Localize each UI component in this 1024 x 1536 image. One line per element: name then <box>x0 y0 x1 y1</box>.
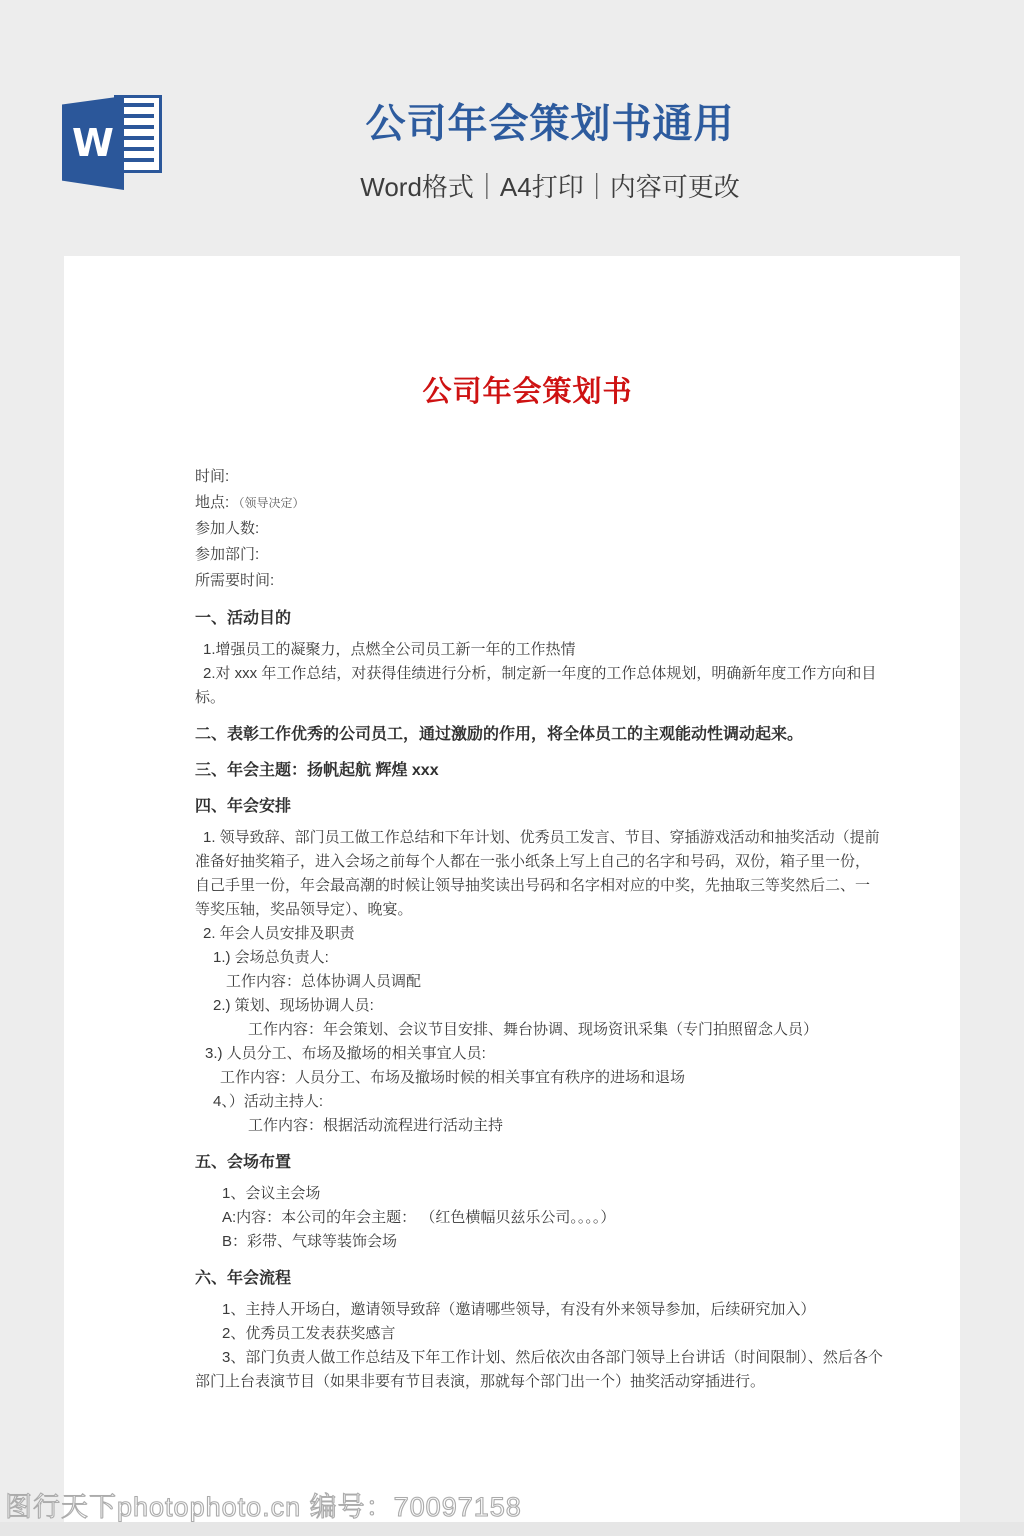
word-icon: W <box>62 88 162 192</box>
header-text: 公司年会策划书通用 Word格式｜A4打印｜内容可更改 <box>300 92 800 204</box>
doc-line: 自己手里一份，年会最高潮的时候让领导抽奖读出号码和名字相对应的中奖，先抽取三等奖… <box>195 874 860 898</box>
doc-line: 工作内容：人员分工、布场及撤场时候的相关事宜有秩序的进场和退场 <box>195 1066 860 1090</box>
word-icon-letter: W <box>72 124 114 162</box>
doc-line: 1、会议主会场 <box>195 1182 860 1206</box>
doc-heading: 三、年会主题：扬帆起航 辉煌 xxx <box>195 760 860 782</box>
doc-line: 2.对 xxx 年工作总结，对获得佳绩进行分析，制定新一年度的工作总体规划，明确… <box>195 662 860 686</box>
doc-heading: 一、活动目的 <box>195 608 860 630</box>
doc-line: 4、）活动主持人: <box>195 1090 860 1114</box>
doc-line: 2. 年会人员安排及职责 <box>195 922 860 946</box>
template-subtitle: Word格式｜A4打印｜内容可更改 <box>300 167 800 204</box>
doc-line: 准备好抽奖箱子，进入会场之前每个人都在一张小纸条上写上自己的名字和号码，双份，箱… <box>195 850 860 874</box>
doc-line: 1.增强员工的凝聚力，点燃全公司员工新一年的工作热情 <box>195 638 860 662</box>
document-title: 公司年会策划书 <box>195 376 860 408</box>
doc-line: 3、部门负责人做工作总结及下年工作计划、然后依次由各部门领导上台讲话（时间限制）… <box>195 1346 860 1370</box>
document-page: 公司年会策划书 时间:地点: （领导决定）参加人数:参加部门:所需要时间:一、活… <box>64 256 960 1523</box>
doc-heading: 四、年会安排 <box>195 796 860 818</box>
doc-line: 参加人数: <box>195 516 860 542</box>
doc-line: 1.) 会场总负责人: <box>195 946 860 970</box>
bottom-strip <box>0 1522 1024 1536</box>
doc-line: 工作内容：年会策划、会议节目安排、舞台协调、现场资讯采集（专门拍照留念人员） <box>195 1018 860 1042</box>
doc-heading: 二、表彰工作优秀的公司员工，通过激励的作用，将全体员工的主观能动性调动起来。 <box>195 724 860 746</box>
page-background: { "header": { "icon": "word-icon", "icon… <box>0 0 1024 1536</box>
watermark-text: 图行天下photophoto.cn 编号：70097158 <box>5 1485 522 1524</box>
word-icon-document-lines <box>122 103 154 165</box>
doc-line: 所需要时间: <box>195 568 860 594</box>
doc-line: 1、主持人开场白，邀请领导致辞（邀请哪些领导，有没有外来领导参加，后续研究加入） <box>195 1298 860 1322</box>
doc-line: 时间: <box>195 464 860 490</box>
word-icon-fold: W <box>62 96 124 190</box>
doc-line: 2、优秀员工发表获奖感言 <box>195 1322 860 1346</box>
doc-line: 3.) 人员分工、布场及撤场的相关事宜人员: <box>195 1042 860 1066</box>
doc-line: 部门上台表演节目（如果非要有节目表演，那就每个部门出一个）抽奖活动穿插进行。 <box>195 1370 860 1394</box>
document-body: 时间:地点: （领导决定）参加人数:参加部门:所需要时间:一、活动目的1.增强员… <box>195 464 860 1394</box>
doc-heading: 六、年会流程 <box>195 1268 860 1290</box>
doc-line: 1. 领导致辞、部门员工做工作总结和下年计划、优秀员工发言、节目、穿插游戏活动和… <box>195 826 860 850</box>
doc-line: 2.) 策划、现场协调人员: <box>195 994 860 1018</box>
doc-line: 工作内容：根据活动流程进行活动主持 <box>195 1114 860 1138</box>
doc-line: 工作内容：总体协调人员调配 <box>195 970 860 994</box>
doc-heading: 五、会场布置 <box>195 1152 860 1174</box>
doc-line: 等奖压轴，奖品领导定）、晚宴。 <box>195 898 860 922</box>
doc-line: A:内容：本公司的年会主题： （红色横幅贝兹乐公司。。。。） <box>195 1206 860 1230</box>
doc-line: 地点: （领导决定） <box>195 490 860 516</box>
doc-line: 参加部门: <box>195 542 860 568</box>
doc-line-note: （领导决定） <box>229 496 304 510</box>
doc-line: B：彩带、气球等装饰会场 <box>195 1230 860 1254</box>
preview-header: W 公司年会策划书通用 Word格式｜A4打印｜内容可更改 <box>0 0 1024 256</box>
template-title: 公司年会策划书通用 <box>300 92 800 149</box>
doc-line: 标。 <box>195 686 860 710</box>
